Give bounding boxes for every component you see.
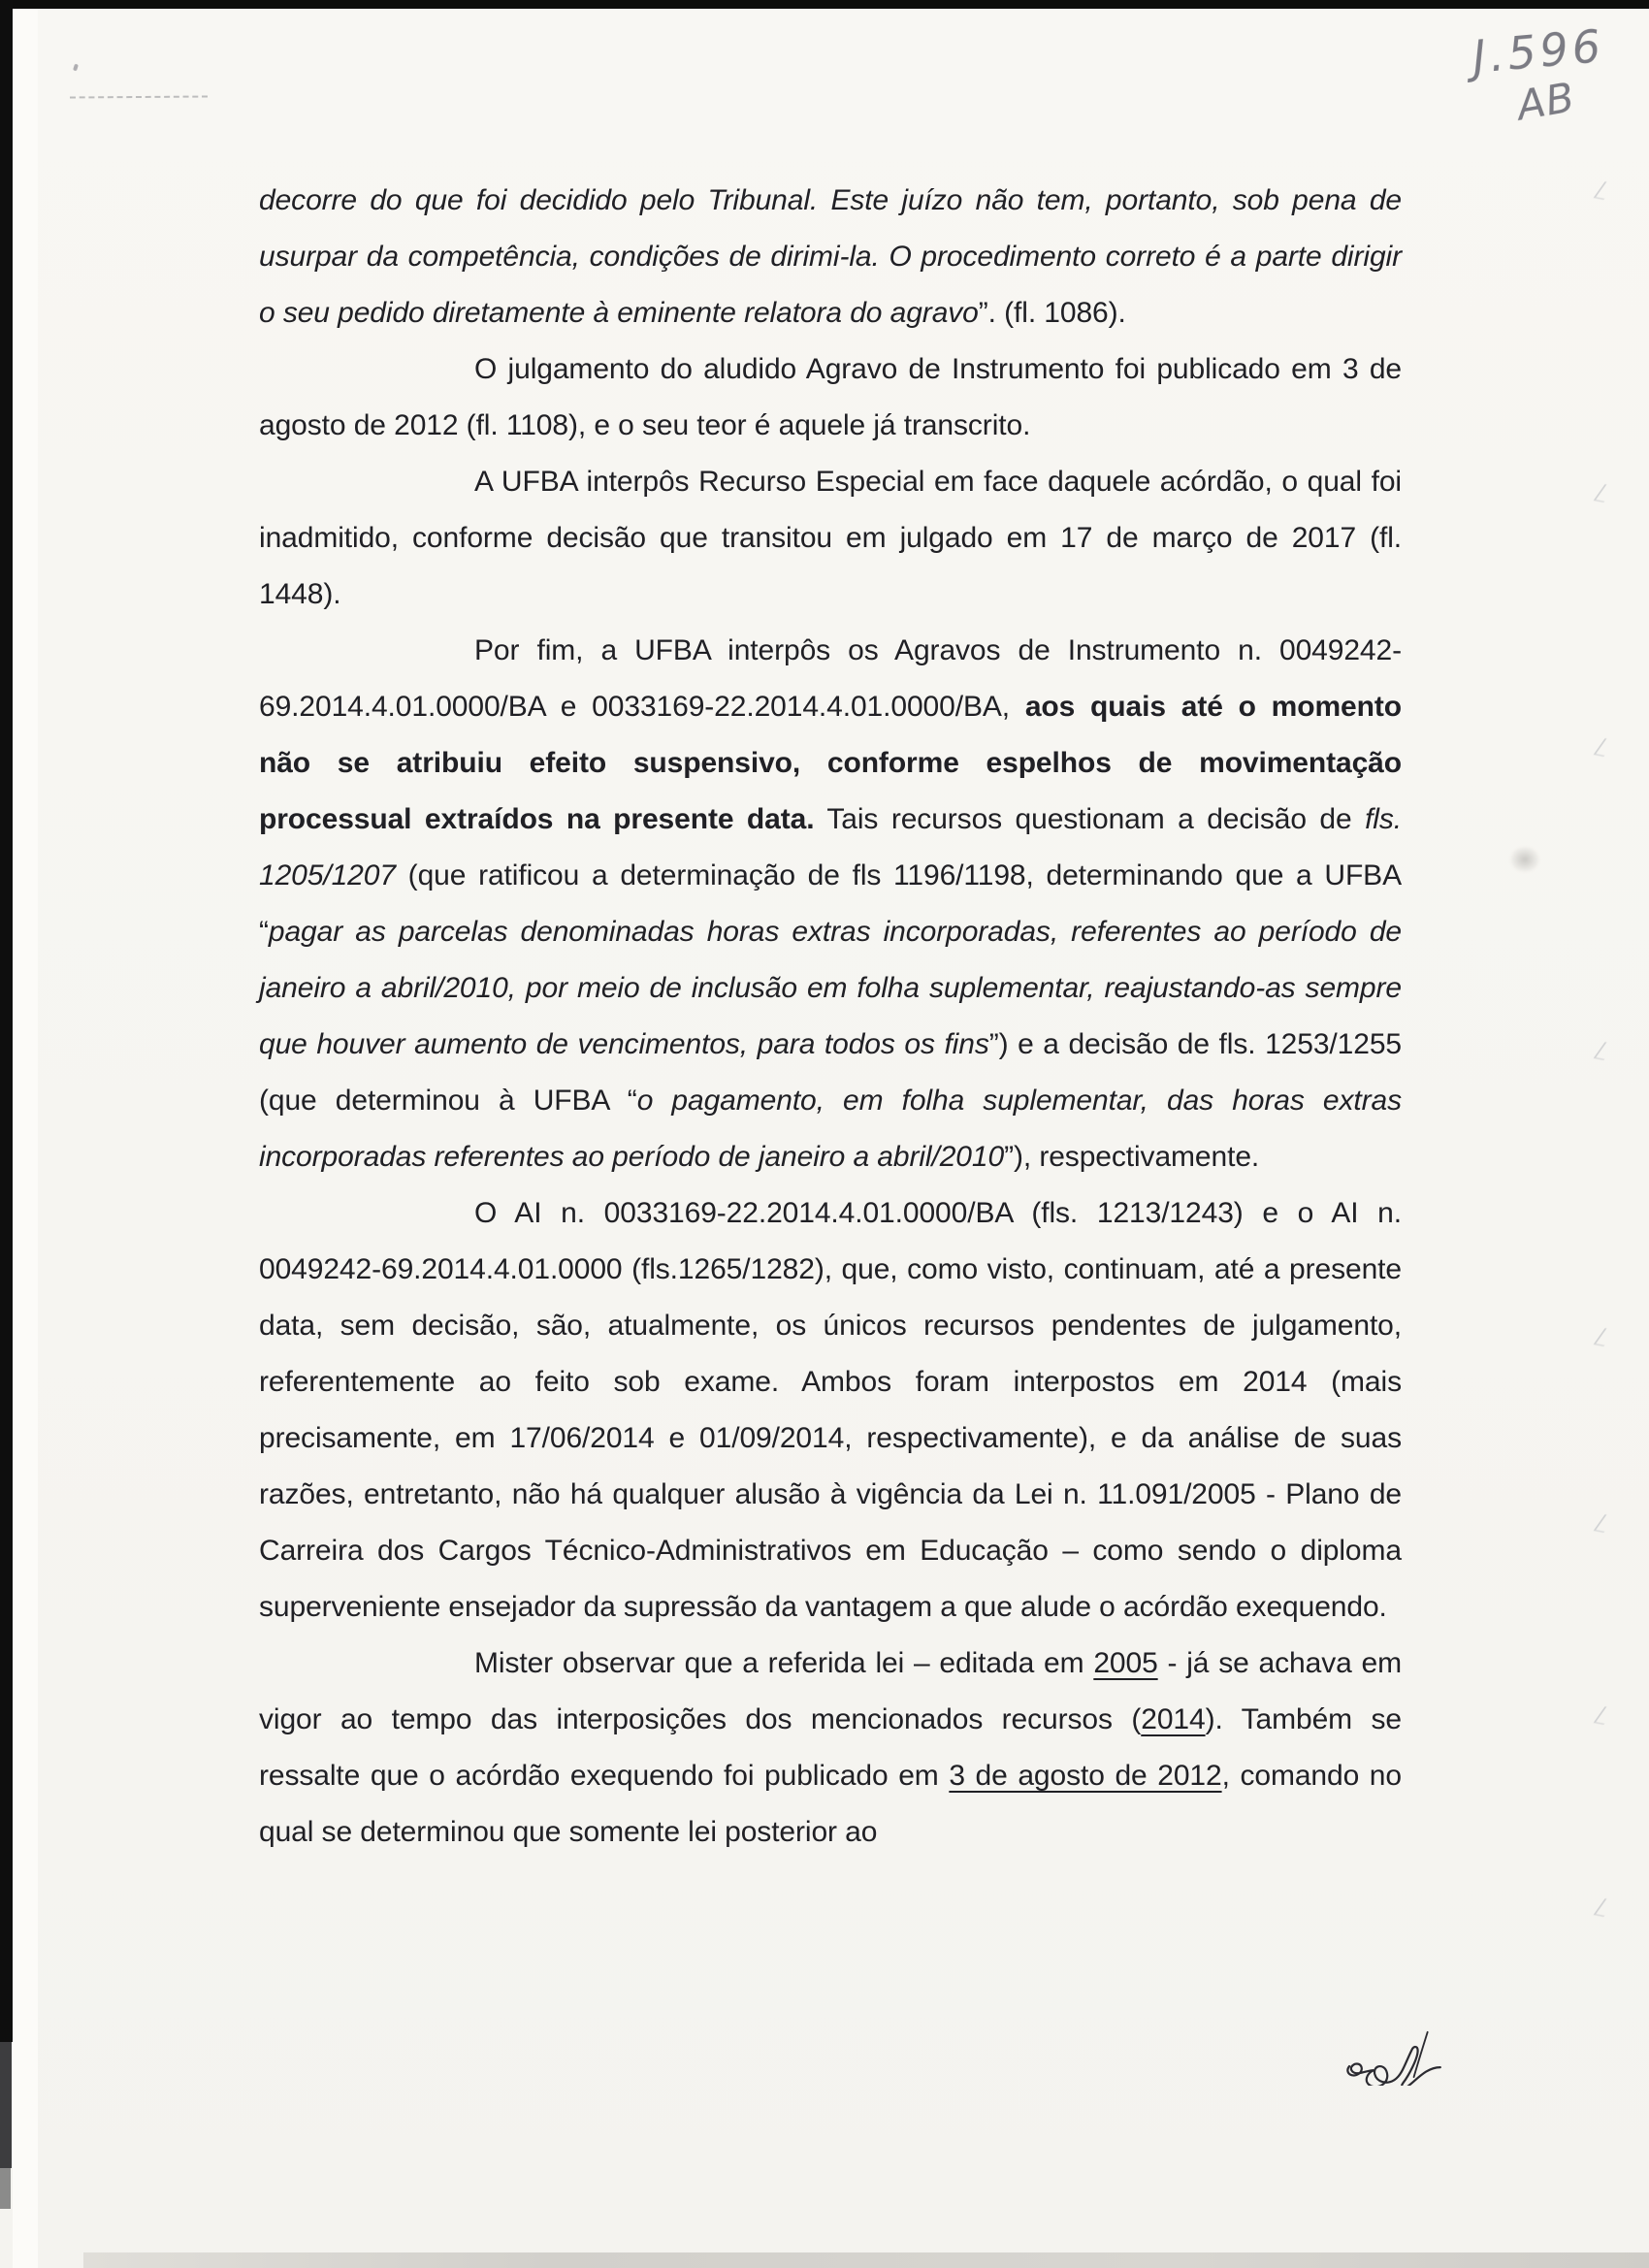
text-run: 3 de agosto de 2012 (949, 1760, 1221, 1792)
margin-smudge (1594, 1042, 1616, 1060)
scan-edge-top (0, 0, 1649, 9)
dashed-line-artifact (70, 96, 208, 99)
margin-smudge (1594, 1706, 1616, 1725)
document-text: decorre do que foi decidido pelo Tribuna… (259, 173, 1402, 1861)
text-run: ”), respectivamente. (1004, 1141, 1259, 1173)
text-run: decorre do que foi decidido pelo Tribuna… (259, 184, 1402, 329)
text-run: Tais recursos questionam a decisão de (814, 803, 1365, 835)
text-run: A UFBA interpôs Recurso Especial em face… (259, 466, 1402, 610)
margin-smudge (1594, 1898, 1616, 1917)
paragraph: O AI n. 0033169-22.2014.4.01.0000/BA (fl… (259, 1185, 1402, 1636)
paragraph: Mister observar que a referida lei – edi… (259, 1636, 1402, 1861)
margin-smudge (1594, 1328, 1616, 1346)
scan-edge-left (0, 0, 13, 2042)
scan-edge-bottom (83, 2252, 1649, 2268)
margin-smudge (1594, 1514, 1616, 1533)
text-run: 2014 (1141, 1703, 1205, 1735)
scan-edge-left-fade (0, 2042, 12, 2168)
text-run: ”. (fl. 1086). (979, 297, 1126, 329)
smudge-artifact (1509, 846, 1540, 873)
paragraph: O julgamento do aludido Agravo de Instru… (259, 341, 1402, 454)
scanned-document-page: J.596 AB decorre do que foi decidido pel… (0, 0, 1649, 2268)
text-run: O AI n. 0033169-22.2014.4.01.0000/BA (fl… (259, 1197, 1402, 1623)
paper-edge-strip (13, 9, 38, 2268)
text-run: O julgamento do aludido Agravo de Instru… (259, 353, 1402, 441)
paragraph: A UFBA interpôs Recurso Especial em face… (259, 454, 1402, 623)
handwritten-code: J.596 (1471, 19, 1606, 83)
signature-scribble (1343, 2025, 1466, 2086)
margin-smudge (1594, 738, 1616, 757)
scan-edge-left-fade (0, 2168, 11, 2209)
text-run: Mister observar que a referida lei – edi… (474, 1647, 1093, 1679)
text-run: 2005 (1093, 1647, 1157, 1679)
margin-smudge (1594, 181, 1616, 200)
margin-smudge (1594, 484, 1616, 502)
handwritten-initials: AB (1513, 73, 1578, 130)
pencil-speck (73, 64, 79, 72)
paragraph: decorre do que foi decidido pelo Tribuna… (259, 173, 1402, 341)
paragraph: Por fim, a UFBA interpôs os Agravos de I… (259, 623, 1402, 1185)
